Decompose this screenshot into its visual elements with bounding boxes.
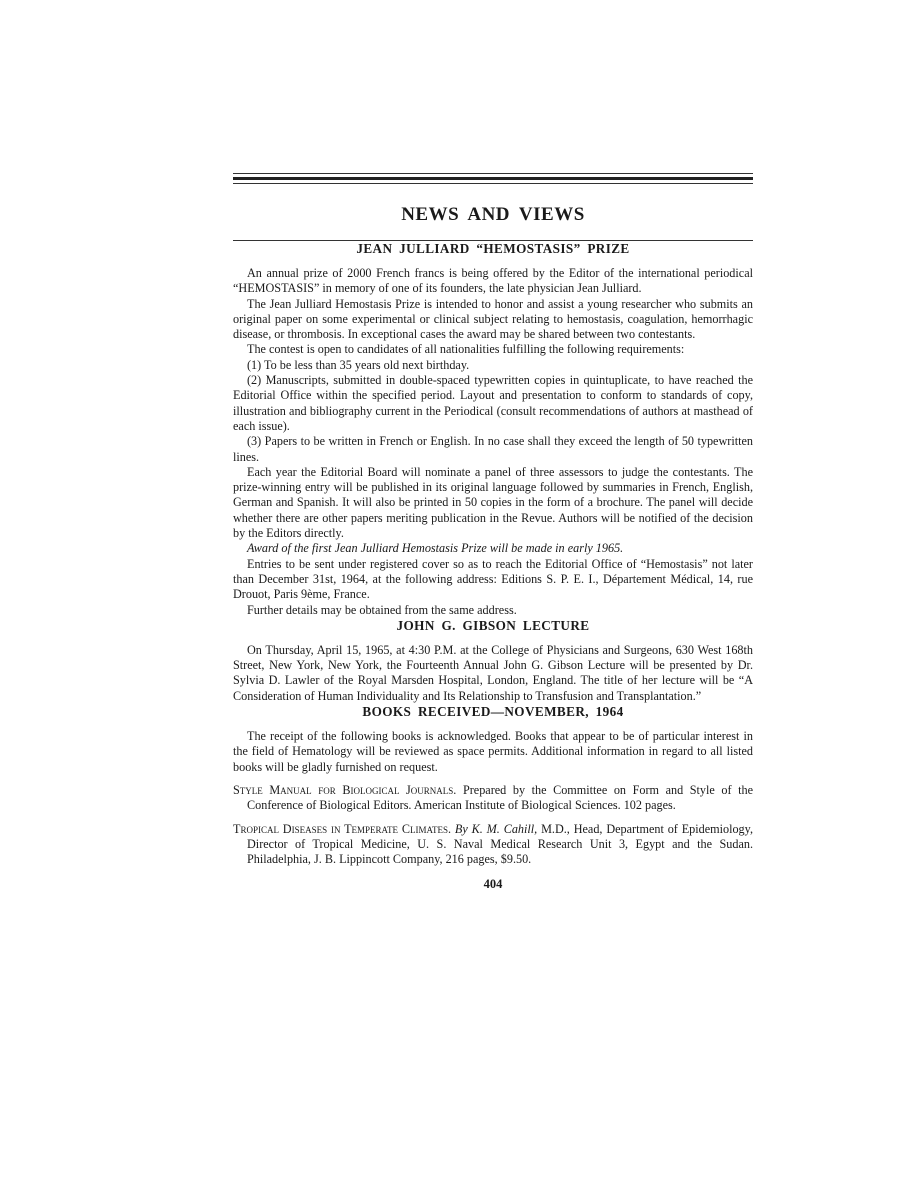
books-section-body: The receipt of the following books is ac… (233, 729, 753, 867)
lecture-paragraph: On Thursday, April 15, 1965, at 4:30 P.M… (233, 643, 753, 704)
requirement-item: (1) To be less than 35 years old next bi… (233, 358, 753, 373)
prize-paragraph: Further details may be obtained from the… (233, 603, 753, 618)
prize-paragraph: Each year the Editorial Board will nomin… (233, 465, 753, 541)
book-author: By K. M. Cahill, (455, 822, 537, 836)
prize-section-body: An annual prize of 2000 French francs is… (233, 266, 753, 618)
prize-paragraph: The contest is open to candidates of all… (233, 342, 753, 357)
journal-page: NEWS AND VIEWS JEAN JULLIARD “HEMOSTASIS… (233, 173, 753, 892)
book-title: Tropical Diseases in Temperate Climates. (233, 822, 451, 836)
book-entry: Tropical Diseases in Temperate Climates.… (233, 822, 753, 868)
book-entry: Style Manual for Biological Journals. Pr… (233, 783, 753, 814)
requirement-item: (3) Papers to be written in French or En… (233, 434, 753, 465)
lecture-heading: JOHN G. GIBSON LECTURE (233, 618, 753, 634)
top-double-rule (233, 173, 753, 184)
book-title: Style Manual for Biological Journals. (233, 783, 456, 797)
prize-paragraph: Entries to be sent under registered cove… (233, 557, 753, 603)
requirement-item: (2) Manuscripts, submitted in double-spa… (233, 373, 753, 434)
prize-paragraph: The Jean Julliard Hemostasis Prize is in… (233, 297, 753, 343)
page-title: NEWS AND VIEWS (233, 204, 753, 226)
books-intro: The receipt of the following books is ac… (233, 729, 753, 775)
books-heading: BOOKS RECEIVED—NOVEMBER, 1964 (233, 704, 753, 720)
lecture-section-body: On Thursday, April 15, 1965, at 4:30 P.M… (233, 643, 753, 704)
page-number: 404 (233, 877, 753, 892)
prize-heading: JEAN JULLIARD “HEMOSTASIS” PRIZE (233, 241, 753, 257)
award-announcement: Award of the first Jean Julliard Hemosta… (233, 541, 753, 556)
prize-paragraph: An annual prize of 2000 French francs is… (233, 266, 753, 297)
